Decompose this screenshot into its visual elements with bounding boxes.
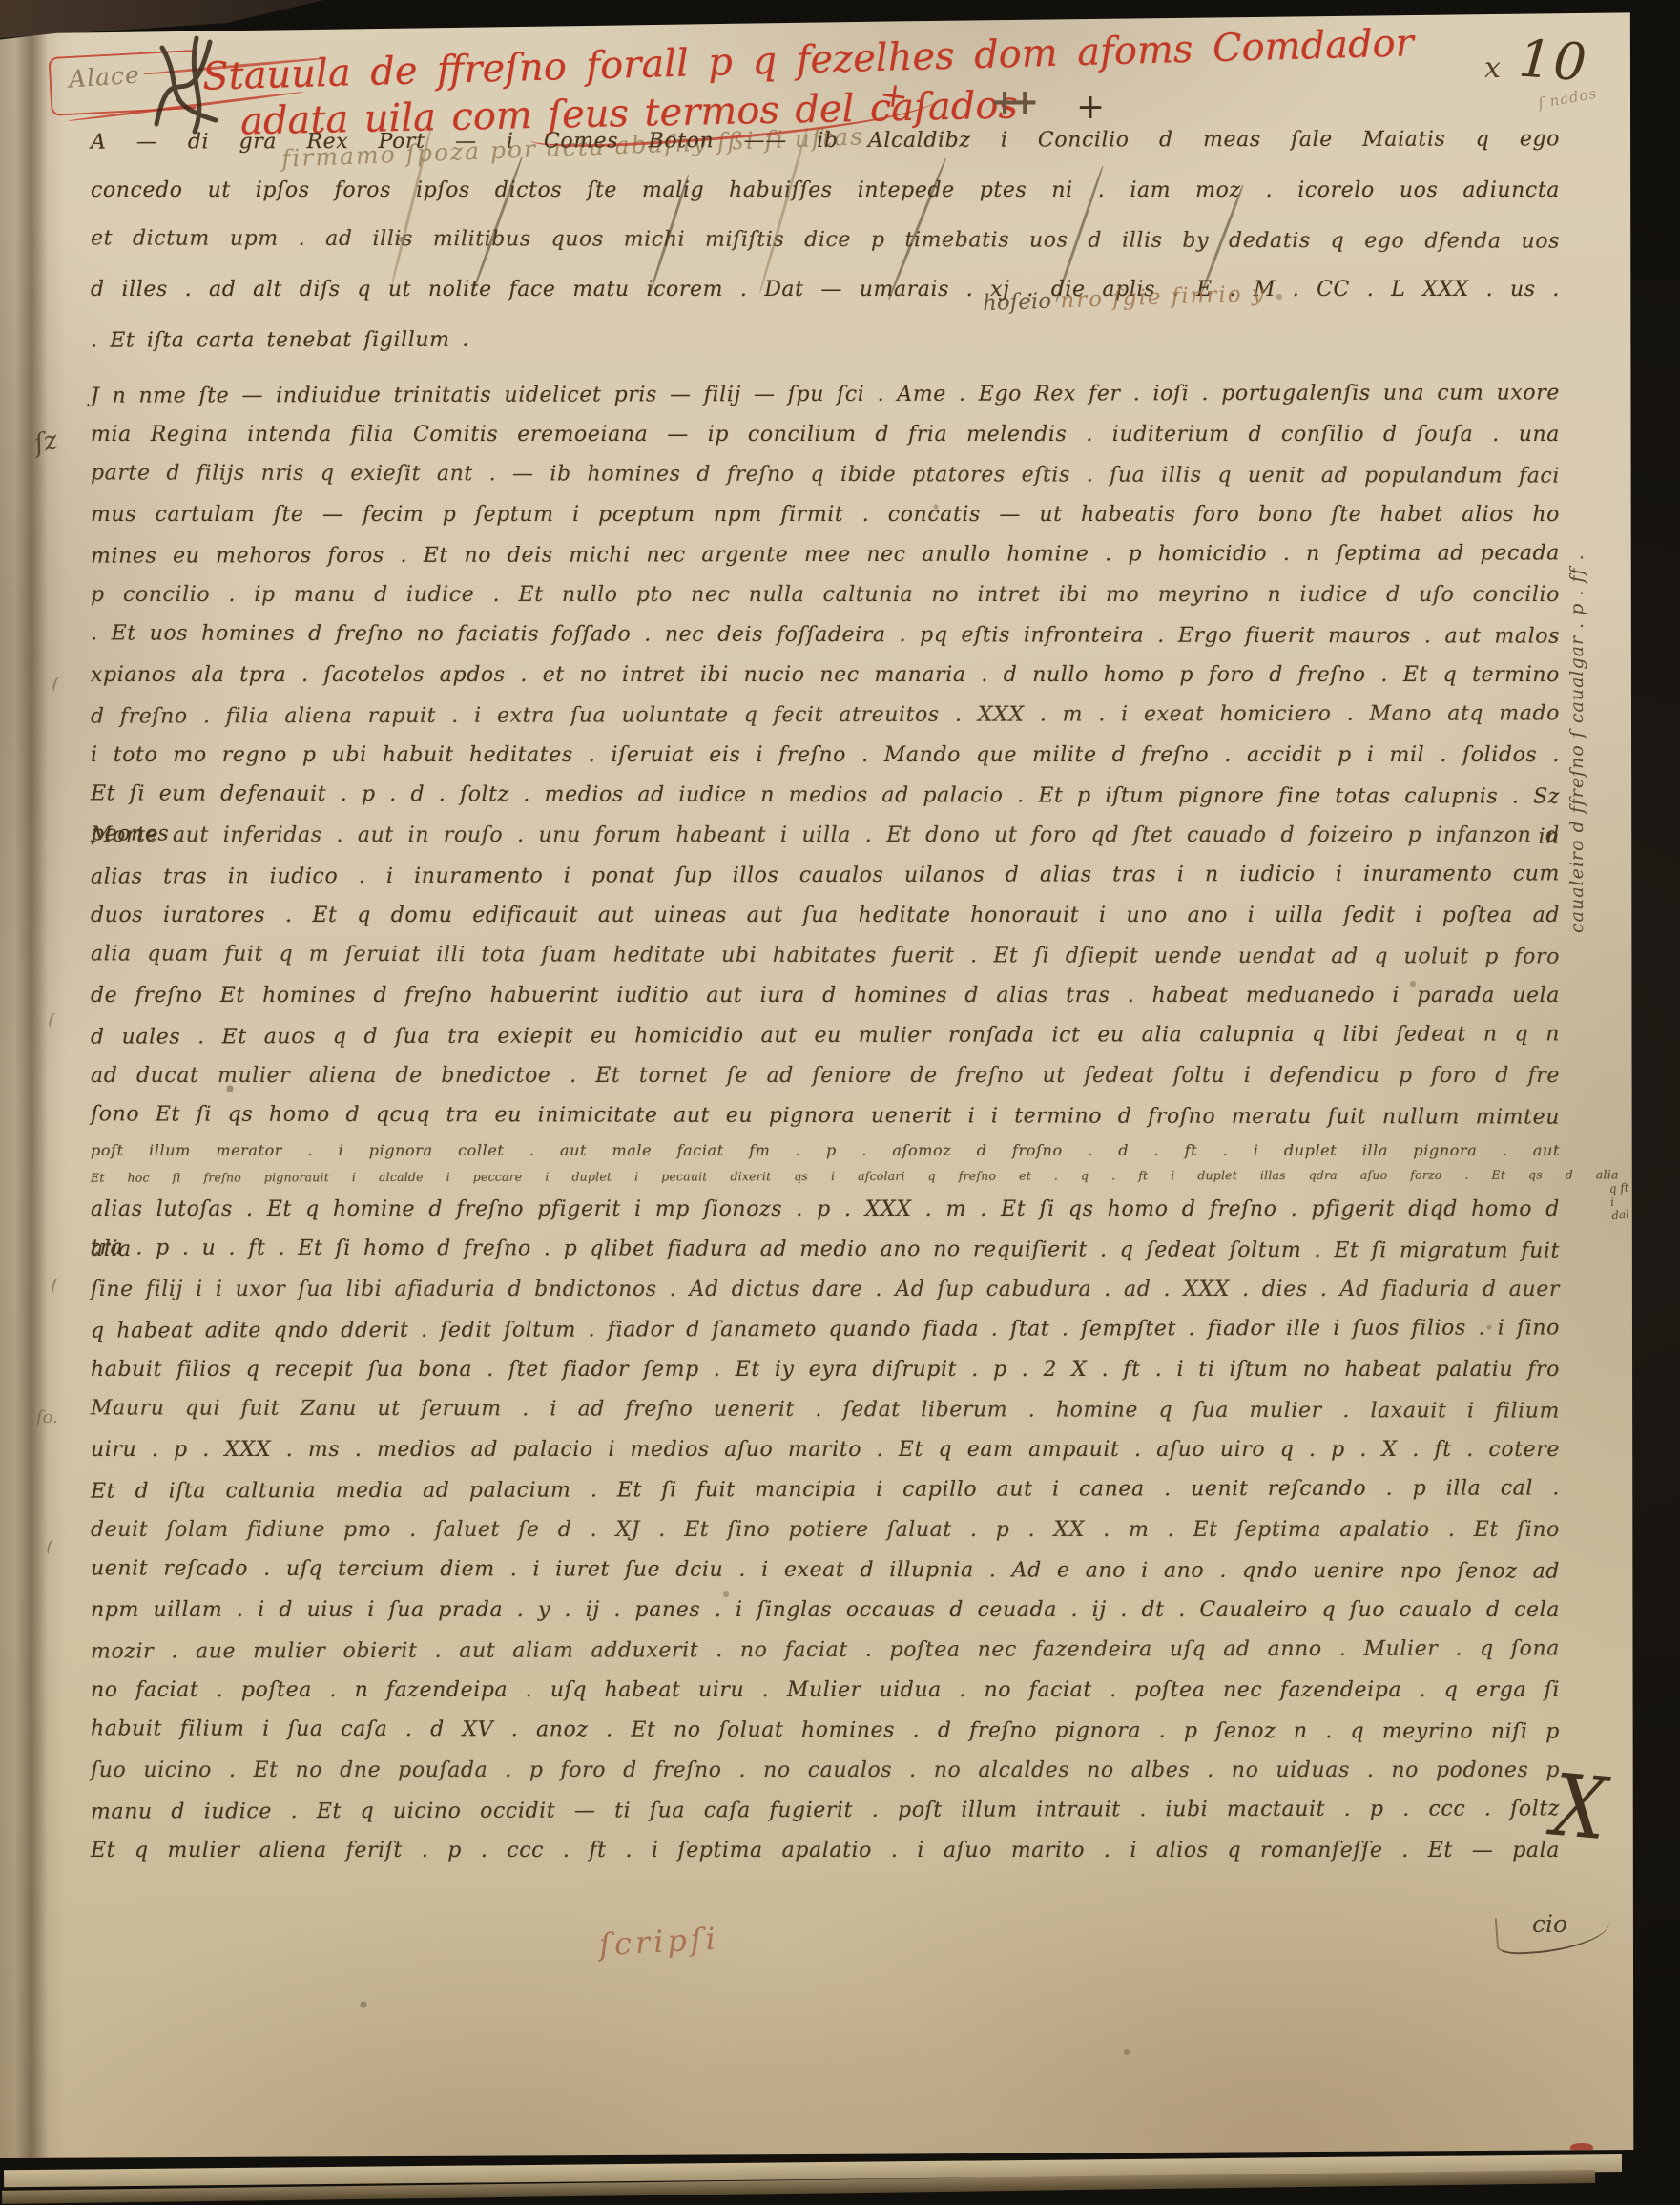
charter2-line: i toto mo regno p ubi habuit heditates .… xyxy=(91,736,1560,776)
right-margin-vertical-note: caualeiro d ffreſno ſ caualgar . p . ff … xyxy=(1566,523,1587,933)
charter2-line: q habeat adite qndo dderit . ſedit ſoltu… xyxy=(91,1308,1560,1351)
charter2-line: Mauru qui fuit Zanu ut ſeruum . i ad fre… xyxy=(91,1388,1560,1431)
folio-number: 10 xyxy=(1517,29,1590,94)
charter2-line: mia Regina intenda filia Comitis eremoei… xyxy=(91,415,1560,455)
right-margin-x-mark: X xyxy=(1549,1757,1610,1860)
charter2-line: mozir . aue mulier obierit . aut aliam a… xyxy=(91,1629,1560,1672)
charter2-line: ſuo uicino . Et no dne pouſada . p foro … xyxy=(91,1751,1560,1791)
gutter-crease xyxy=(15,10,48,2158)
catchword: cio xyxy=(1532,1910,1567,1938)
top-left-note: Alace xyxy=(68,60,141,93)
scribe-signature: ſcripſi xyxy=(598,1921,720,1964)
charter2-line: alias lutoſas . Et q homine d freſno pfi… xyxy=(91,1190,1560,1230)
charter2-line: uenit reſcado . uſq tercium diem . i iur… xyxy=(91,1549,1560,1591)
charter2-line: Et q mulier aliena feriſt . p . ccc . ft… xyxy=(91,1831,1560,1871)
charter2-line: deuit ſolam fidiune pmo . ſaluet ſe d . … xyxy=(91,1510,1560,1550)
charter1-text-block: A — di gra Rex Port — i Comes Boton —— i… xyxy=(91,116,1560,364)
parchment-page: Alace Stauula de ffreſno forall p q feze… xyxy=(0,10,1635,2158)
charter2-line: no faciat . poſtea . n fazendeipa . uſq … xyxy=(91,1671,1560,1711)
charter2-line: xpianos ala tpra . ſacotelos apdos . et … xyxy=(91,655,1560,696)
charter2-inserted-line: Et hoc ſi freſno pignorauit i alcalde i … xyxy=(91,1163,1619,1191)
charter2-line: Et d iſta caltunia media ad palacium . E… xyxy=(91,1468,1560,1511)
margin-tick xyxy=(48,1012,62,1030)
charter2-line: mines eu mehoros foros . Et no deis mich… xyxy=(91,533,1560,576)
charter2-line: Et ſi eum defenauit . p . d . ſoltz . me… xyxy=(91,774,1560,817)
charter2-line: d uales . Et auos q d ſua tra exiepit eu… xyxy=(91,1014,1560,1057)
cross-mark-red: + xyxy=(877,74,911,117)
left-margin-mark: ſz xyxy=(31,426,60,459)
charter2-line: mus cartulam ſte — fecim p ſeptum i pcep… xyxy=(91,495,1560,535)
charter1-line: A — di gra Rex Port — i Comes Boton —— i… xyxy=(91,114,1560,167)
folio-prefix-mark: x xyxy=(1484,52,1501,85)
charter2-line: ſono Et ſi qs homo d qcuq tra eu inimici… xyxy=(91,1094,1560,1137)
charter2-line: alia quam fuit q m ſeruiat illi tota ſua… xyxy=(91,934,1560,977)
charter2-line: npm uillam . i d uius i ſua prada . y . … xyxy=(91,1591,1560,1631)
margin-tick xyxy=(46,1539,60,1557)
charter2-line: J n nme ſte — indiuidue trinitatis uidel… xyxy=(91,373,1560,416)
margin-tick xyxy=(52,676,66,695)
charter2-line: duos iuratores . Et q domu edificauit au… xyxy=(91,896,1560,936)
charter2-line: . Et uos homines d freſno no faciatis fo… xyxy=(91,614,1560,656)
charter2-line: de freſno Et homines d freſno habuerint … xyxy=(91,976,1560,1016)
margin-tick xyxy=(51,1278,65,1296)
charter2-cramped-line: poſt illum merator . i pignora collet . … xyxy=(91,1136,1560,1165)
charter1-line: et dictum upm . ad illis militibus quos … xyxy=(91,214,1560,266)
charter2-line: d freſno . filia aliena rapuit . i extra… xyxy=(91,694,1560,737)
charter1-line: concedo ut ipſos foros ipſos dictos ſte … xyxy=(91,166,1560,216)
left-margin-mark: ſo. xyxy=(36,1407,58,1427)
charter2-line: ad ducat mulier aliena de bnedictoe . Et… xyxy=(91,1056,1560,1096)
charter2-line: habuit filios q recepit ſua bona . ſtet … xyxy=(91,1350,1560,1390)
charter1-line: d illes . ad alt diſs q ut nolite face m… xyxy=(91,265,1560,315)
charter2-line: parte d filijs nris q exieſit ant . — ib… xyxy=(91,453,1560,496)
side-note-dark-part: hoſeio xyxy=(983,289,1052,316)
charter2-text-block: J n nme ſte — indiuidue trinitatis uidel… xyxy=(91,375,1560,1871)
charter1-closing-line: . Et iſta carta tenebat ſigillum . xyxy=(91,313,1560,365)
charter2-line: ſine filij i i uxor ſua libi afiaduria d… xyxy=(91,1270,1560,1310)
charter2-line: manu d iudice . Et q uicino occidit — ti… xyxy=(91,1789,1560,1832)
charter2-line: alias tras in iudico . i inuramento i po… xyxy=(91,854,1560,897)
charter2-line: tra . p . u . ft . Et ſi homo d freſno .… xyxy=(91,1228,1560,1271)
charter2-line: habuit filium i ſua caſa . d XV . anoz .… xyxy=(91,1709,1560,1752)
charter2-line: uiru . p . XXX . ms . medios ad palacio … xyxy=(91,1430,1560,1470)
charter2-line: p concilio . ip manu d iudice . Et nullo… xyxy=(91,575,1560,615)
